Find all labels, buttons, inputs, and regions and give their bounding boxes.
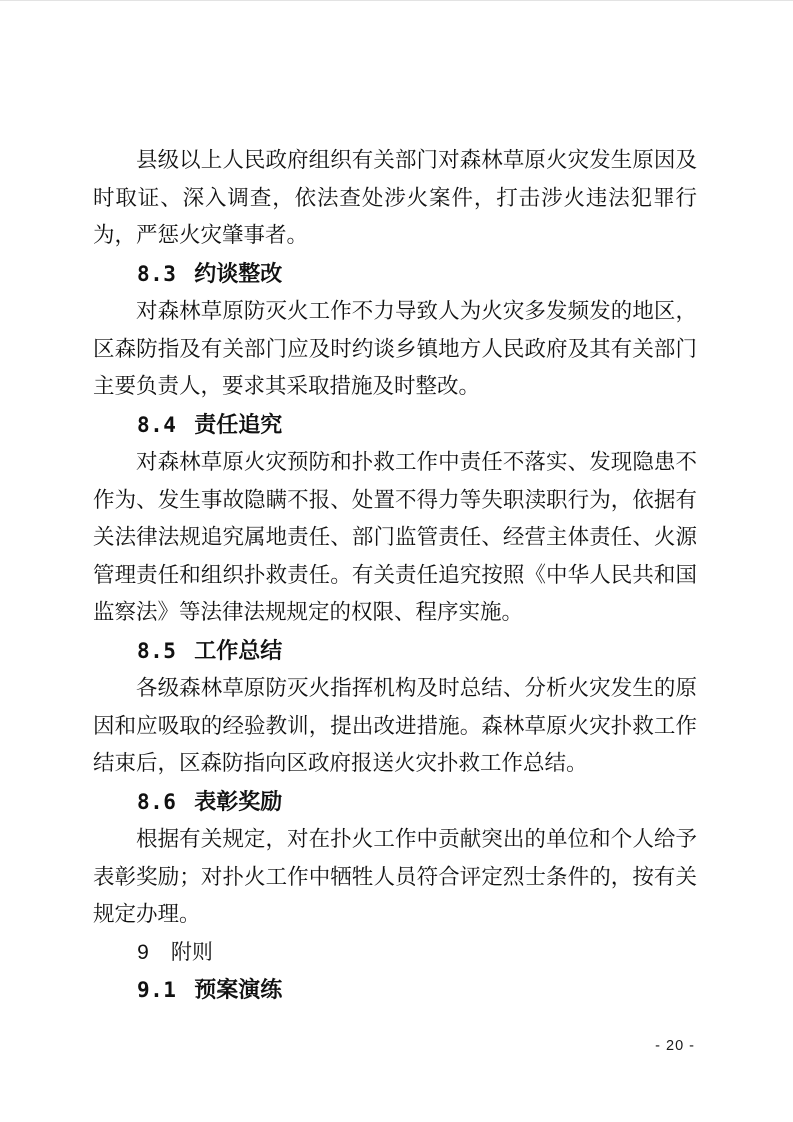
paragraph-accountability: 对森林草原火灾预防和扑救工作中责任不落实、发现隐患不作为、发生事故隐瞒不报、处置… xyxy=(93,444,697,632)
paragraph-fire-investigation: 县级以上人民政府组织有关部门对森林草原火灾发生原因及时取证、深入调查，依法查处涉… xyxy=(93,142,697,255)
paragraph-work-summary: 各级森林草原防灭火指挥机构及时总结、分析火灾发生的原因和应吸取的经验教训，提出改… xyxy=(93,670,697,783)
section-heading-8-6: 8.6表彰奖励 xyxy=(93,783,697,822)
section-number: 8.5 xyxy=(137,633,176,671)
section-title: 约谈整改 xyxy=(194,261,282,286)
document-page: 县级以上人民政府组织有关部门对森林草原火灾发生原因及时取证、深入调查，依法查处涉… xyxy=(0,0,793,1122)
paragraph-interview-rectification: 对森林草原防灭火工作不力导致人为火灾多发频发的地区，区森防指及有关部门应及时约谈… xyxy=(93,293,697,406)
section-heading-8-4: 8.4责任追究 xyxy=(93,406,697,445)
section-title: 表彰奖励 xyxy=(194,789,282,814)
section-number: 8.6 xyxy=(137,784,176,822)
chapter-title: 附则 xyxy=(171,941,213,964)
section-heading-8-3: 8.3约谈整改 xyxy=(93,255,697,294)
chapter-heading-9: 9附则 xyxy=(93,934,697,972)
page-number: - 20 - xyxy=(655,1036,695,1056)
section-number: 8.4 xyxy=(137,407,176,445)
section-heading-8-5: 8.5工作总结 xyxy=(93,632,697,671)
section-number: 8.3 xyxy=(137,256,176,294)
paragraph-commendation-reward: 根据有关规定，对在扑火工作中贡献突出的单位和个人给予表彰奖励；对扑火工作中牺牲人… xyxy=(93,821,697,934)
section-title: 预案演练 xyxy=(194,977,282,1002)
section-title: 工作总结 xyxy=(194,638,282,663)
document-body: 县级以上人民政府组织有关部门对森林草原火灾发生原因及时取证、深入调查，依法查处涉… xyxy=(93,142,697,1010)
section-heading-9-1: 9.1预案演练 xyxy=(93,971,697,1010)
section-title: 责任追究 xyxy=(194,412,282,437)
section-number: 9.1 xyxy=(137,972,176,1010)
chapter-number: 9 xyxy=(137,934,149,972)
